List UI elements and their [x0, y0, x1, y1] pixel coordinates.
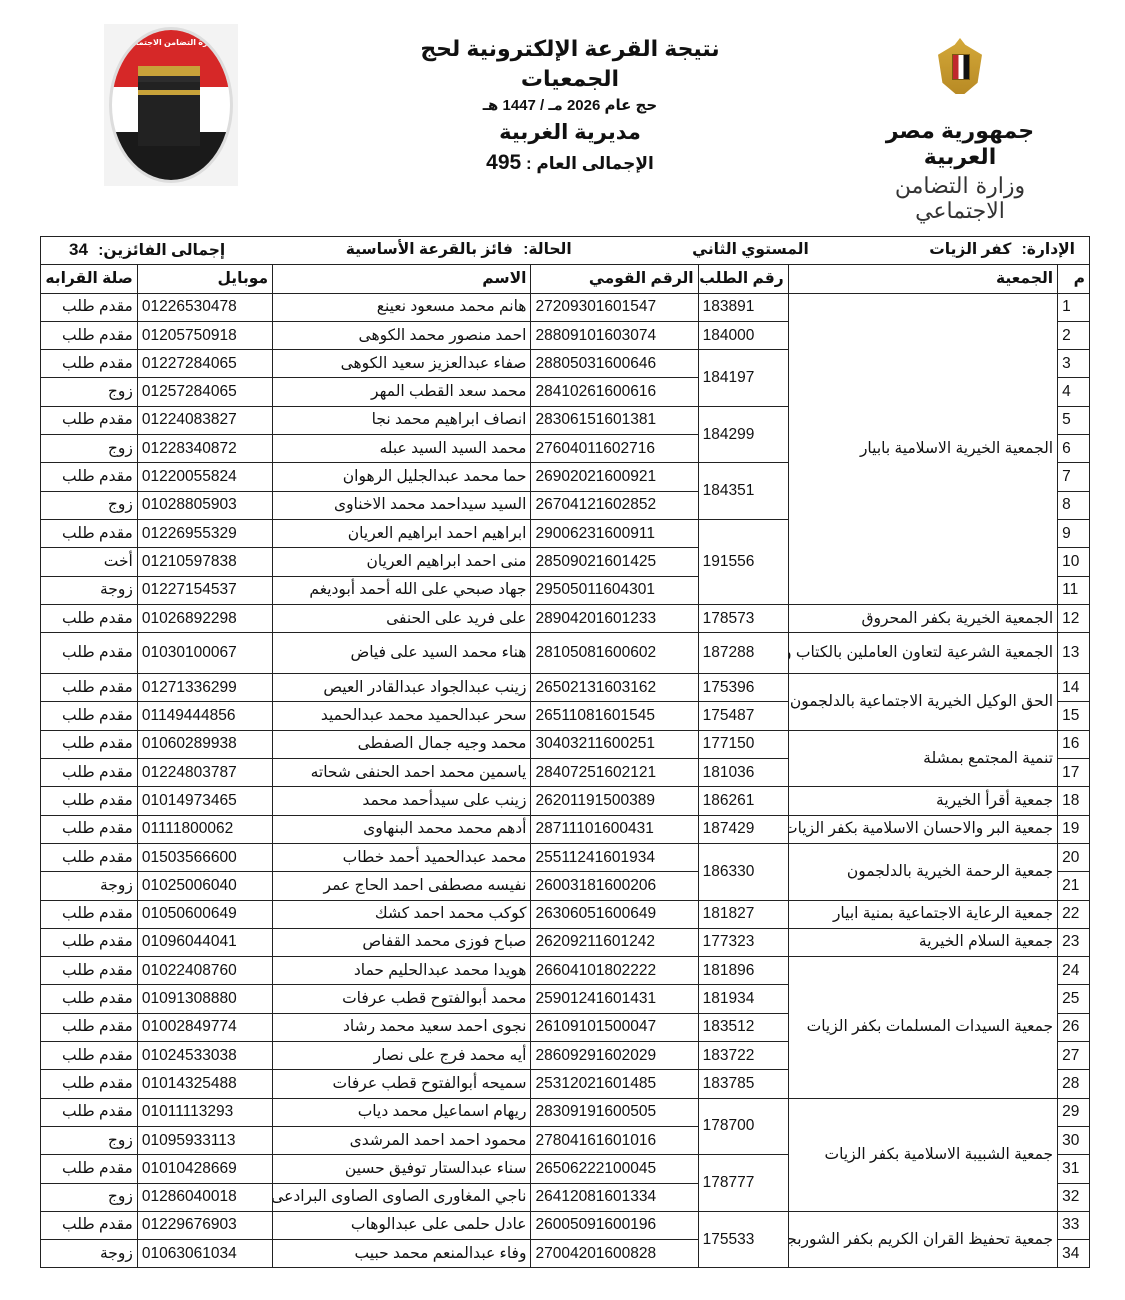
- row-index: 15: [1058, 702, 1090, 730]
- row-index: 9: [1058, 519, 1090, 547]
- national-id: 26306051600649: [531, 900, 698, 928]
- relation: زوجة: [41, 576, 138, 604]
- directorate-name: مديرية الغربية: [380, 118, 760, 148]
- row-index: 16: [1058, 730, 1090, 758]
- row-index: 10: [1058, 548, 1090, 576]
- column-header-row: م الجمعية رقم الطلب الرقم القومي الاسم م…: [41, 265, 1090, 293]
- request-number: 181827: [698, 900, 788, 928]
- republic-name: جمهورية مصر العربية: [860, 118, 1060, 170]
- request-number: 187288: [698, 633, 788, 674]
- national-id: 27804161601016: [531, 1126, 698, 1154]
- row-index: 31: [1058, 1155, 1090, 1183]
- mobile-number: 01028805903: [137, 491, 272, 519]
- association-name: الجمعية الخيرية بكفر المحروق: [788, 604, 1057, 632]
- row-index: 26: [1058, 1013, 1090, 1041]
- row-index: 33: [1058, 1211, 1090, 1239]
- row-index: 34: [1058, 1240, 1090, 1268]
- col-name: الاسم: [273, 265, 531, 293]
- request-number: 184000: [698, 321, 788, 349]
- relation: مقدم طلب: [41, 674, 138, 702]
- row-index: 18: [1058, 787, 1090, 815]
- relation: مقدم طلب: [41, 702, 138, 730]
- mobile-number: 01030100067: [137, 633, 272, 674]
- row-index: 25: [1058, 985, 1090, 1013]
- relation: مقدم طلب: [41, 1070, 138, 1098]
- mobile-number: 01210597838: [137, 548, 272, 576]
- table-row: 1الجمعية الخيرية الاسلامية بابيار1838912…: [41, 293, 1090, 321]
- mobile-number: 01226530478: [137, 293, 272, 321]
- applicant-name: زينب عبدالجواد عبدالقادر العيص: [273, 674, 531, 702]
- status-value: فائز بالقرعة الأساسية: [346, 241, 513, 258]
- col-request-no: رقم الطلب: [698, 265, 788, 293]
- request-number: 186330: [698, 843, 788, 900]
- relation: مقدم طلب: [41, 759, 138, 787]
- relation: مقدم طلب: [41, 843, 138, 871]
- national-id: 26003181600206: [531, 872, 698, 900]
- applicant-name: ناجي المغاورى الصاوى الصاوى البرادعى: [273, 1183, 531, 1211]
- applicant-name: وفاء عبدالمنعم محمد حبيب: [273, 1240, 531, 1268]
- row-index: 21: [1058, 872, 1090, 900]
- mobile-number: 01026892298: [137, 604, 272, 632]
- mobile-number: 01010428669: [137, 1155, 272, 1183]
- relation: مقدم طلب: [41, 321, 138, 349]
- applicant-name: جهاد صبحي على الله أحمد أبوديغم: [273, 576, 531, 604]
- eagle-of-saladin-icon: [930, 28, 990, 106]
- request-number: 181896: [698, 957, 788, 985]
- request-number: 184299: [698, 406, 788, 463]
- national-id: 26109101500047: [531, 1013, 698, 1041]
- request-number: 183512: [698, 1013, 788, 1041]
- table-row: 16تنمية المجتمع بمشلة1771503040321160025…: [41, 730, 1090, 758]
- table-row: 24جمعية السيدات المسلمات بكفر الزيات1818…: [41, 957, 1090, 985]
- relation: أخت: [41, 548, 138, 576]
- relation: زوج: [41, 491, 138, 519]
- applicant-name: ريهام اسماعيل محمد دياب: [273, 1098, 531, 1126]
- national-id: 26502131603162: [531, 674, 698, 702]
- national-id: 28309191600505: [531, 1098, 698, 1126]
- administration-value: كفر الزيات: [929, 241, 1011, 258]
- season-year: حج عام 2026 مـ / 1447 هـ: [380, 94, 760, 118]
- applicant-name: محمد السيد السيد عبله: [273, 435, 531, 463]
- association-name: جمعية الرحمة الخيرية بالدلجمون: [788, 843, 1057, 900]
- relation: مقدم طلب: [41, 350, 138, 378]
- request-number: 183891: [698, 293, 788, 321]
- mobile-number: 01025006040: [137, 872, 272, 900]
- national-id: 29006231600911: [531, 519, 698, 547]
- mobile-number: 01503566600: [137, 843, 272, 871]
- national-id: 26005091600196: [531, 1211, 698, 1239]
- kaaba-icon: [138, 66, 200, 146]
- row-index: 22: [1058, 900, 1090, 928]
- ministry-name: وزارة التضامن الاجتماعي: [860, 174, 1060, 224]
- row-index: 14: [1058, 674, 1090, 702]
- row-index: 20: [1058, 843, 1090, 871]
- relation: زوجة: [41, 872, 138, 900]
- table-row: 12الجمعية الخيرية بكفر المحروق1785732890…: [41, 604, 1090, 632]
- request-number: 186261: [698, 787, 788, 815]
- table-row: 22جمعية الرعاية الاجتماعية بمنية ابيار18…: [41, 900, 1090, 928]
- flag-shield-icon: [952, 54, 970, 80]
- national-id: 28407251602121: [531, 759, 698, 787]
- title-block: نتيجة القرعة الإلكترونية لحج الجمعيات حج…: [380, 34, 760, 179]
- association-name: الحق الوكيل الخيرية الاجتماعية بالدلجمون: [788, 674, 1057, 731]
- applicant-name: محمود احمد احمد المرشدى: [273, 1126, 531, 1154]
- applicant-name: محمد عبدالحميد أحمد خطاب: [273, 843, 531, 871]
- mobile-number: 01060289938: [137, 730, 272, 758]
- row-index: 2: [1058, 321, 1090, 349]
- level: المستوي الثاني: [692, 241, 809, 260]
- mobile-number: 01014325488: [137, 1070, 272, 1098]
- col-index: م: [1058, 265, 1090, 293]
- grand-total: الإجمالى العام : 495: [380, 148, 760, 179]
- relation: مقدم طلب: [41, 815, 138, 843]
- mobile-number: 01286040018: [137, 1183, 272, 1211]
- row-index: 29: [1058, 1098, 1090, 1126]
- applicant-name: انصاف ابراهيم محمد نجا: [273, 406, 531, 434]
- applicant-name: على فريد على الحنفى: [273, 604, 531, 632]
- mobile-number: 01228340872: [137, 435, 272, 463]
- relation: زوج: [41, 435, 138, 463]
- status: الحالة: فائز بالقرعة الأساسية: [346, 241, 572, 260]
- national-id: 28809101603074: [531, 321, 698, 349]
- request-number: 184351: [698, 463, 788, 520]
- row-index: 19: [1058, 815, 1090, 843]
- request-number: 175487: [698, 702, 788, 730]
- association-name: جمعية أقرأ الخيرية: [788, 787, 1057, 815]
- table-row: 13الجمعية الشرعية لتعاون العاملين بالكتا…: [41, 633, 1090, 674]
- national-id: 28609291602029: [531, 1042, 698, 1070]
- applicant-name: صباح فوزى محمد القفاص: [273, 928, 531, 956]
- relation: مقدم طلب: [41, 1211, 138, 1239]
- row-index: 8: [1058, 491, 1090, 519]
- mobile-number: 01227284065: [137, 350, 272, 378]
- association-name: جمعية السلام الخيرية: [788, 928, 1057, 956]
- row-index: 23: [1058, 928, 1090, 956]
- applicant-name: سميحه أبوالفتوح قطب عرفات: [273, 1070, 531, 1098]
- request-number: 178700: [698, 1098, 788, 1155]
- relation: مقدم طلب: [41, 604, 138, 632]
- relation: مقدم طلب: [41, 406, 138, 434]
- row-index: 4: [1058, 378, 1090, 406]
- row-index: 17: [1058, 759, 1090, 787]
- association-name: الجمعية الشرعية لتعاون العاملين بالكتاب …: [788, 633, 1057, 674]
- request-number: 184197: [698, 350, 788, 407]
- table-row: 23جمعية السلام الخيرية177323262092116012…: [41, 928, 1090, 956]
- mobile-number: 01224803787: [137, 759, 272, 787]
- association-name: جمعية الشبيبة الاسلامية بكفر الزيات: [788, 1098, 1057, 1211]
- applicant-name: منى احمد ابراهيم العريان: [273, 548, 531, 576]
- mobile-number: 01024533038: [137, 1042, 272, 1070]
- national-id: 26209211601242: [531, 928, 698, 956]
- relation: مقدم طلب: [41, 1013, 138, 1041]
- row-index: 13: [1058, 633, 1090, 674]
- table-row: 20جمعية الرحمة الخيرية بالدلجمون18633025…: [41, 843, 1090, 871]
- document-header: وزارة التضامن الاجتماعي نتيجة القرعة الإ…: [0, 0, 1125, 230]
- mobile-number: 01022408760: [137, 957, 272, 985]
- applicant-name: حما محمد عبدالجليل الرهوان: [273, 463, 531, 491]
- mobile-number: 01226955329: [137, 519, 272, 547]
- applicant-name: محمد سعد القطب المهر: [273, 378, 531, 406]
- national-id: 28711101600431: [531, 815, 698, 843]
- national-id: 26604101802222: [531, 957, 698, 985]
- applicant-name: هويدا محمد عبدالحليم حماد: [273, 957, 531, 985]
- applicant-name: هناء محمد السيد على فياض: [273, 633, 531, 674]
- row-index: 27: [1058, 1042, 1090, 1070]
- national-id: 30403211600251: [531, 730, 698, 758]
- applicant-name: السيد سيداحمد محمد الاخناوى: [273, 491, 531, 519]
- col-association: الجمعية: [788, 265, 1057, 293]
- applicant-name: سناء عبدالستار توفيق حسين: [273, 1155, 531, 1183]
- col-relation: صلة القرابه: [41, 265, 138, 293]
- table-row: 33جمعية تحفيظ القران الكريم بكفر الشوربج…: [41, 1211, 1090, 1239]
- grand-total-label: الإجمالى العام :: [526, 154, 654, 173]
- association-name: جمعية البر والاحسان الاسلامية بكفر الزيا…: [788, 815, 1057, 843]
- row-index: 6: [1058, 435, 1090, 463]
- national-id: 26412081601334: [531, 1183, 698, 1211]
- winners-total-value: 34: [69, 240, 88, 259]
- request-number: 177150: [698, 730, 788, 758]
- applicant-name: نفيسه مصطفى احمد الحاج عمر: [273, 872, 531, 900]
- request-number: 175396: [698, 674, 788, 702]
- mobile-number: 01095933113: [137, 1126, 272, 1154]
- applicant-name: سحر عبدالحميد محمد عبدالحميد: [273, 702, 531, 730]
- applicant-name: عادل حلمى على عبدالوهاب: [273, 1211, 531, 1239]
- applicant-name: محمد وجيه جمال الصفطى: [273, 730, 531, 758]
- applicant-name: محمد أبوالفتوح قطب عرفات: [273, 985, 531, 1013]
- national-id: 26902021600921: [531, 463, 698, 491]
- applicant-name: احمد منصور محمد الكوهى: [273, 321, 531, 349]
- applicant-name: نجوى احمد سعيد محمد رشاد: [273, 1013, 531, 1041]
- row-index: 28: [1058, 1070, 1090, 1098]
- relation: مقدم طلب: [41, 1042, 138, 1070]
- request-number: 177323: [698, 928, 788, 956]
- request-number: 175533: [698, 1211, 788, 1268]
- relation: مقدم طلب: [41, 787, 138, 815]
- relation: مقدم طلب: [41, 928, 138, 956]
- kaaba-emblem-icon: وزارة التضامن الاجتماعي: [109, 27, 233, 183]
- egypt-emblem-block: جمهورية مصر العربية وزارة التضامن الاجتم…: [860, 28, 1060, 193]
- request-number: 183722: [698, 1042, 788, 1070]
- association-name: جمعية تحفيظ القران الكريم بكفر الشوربجى: [788, 1211, 1057, 1268]
- mobile-number: 01229676903: [137, 1211, 272, 1239]
- row-index: 7: [1058, 463, 1090, 491]
- request-number: 181036: [698, 759, 788, 787]
- applicant-name: زينب على سيدأحمد محمد: [273, 787, 531, 815]
- relation: مقدم طلب: [41, 1098, 138, 1126]
- national-id: 26201191500389: [531, 787, 698, 815]
- logo-caption: وزارة التضامن الاجتماعي: [112, 38, 230, 47]
- winners-table: الإدارة: كفر الزيات المستوي الثاني الحال…: [40, 236, 1090, 1268]
- relation: مقدم طلب: [41, 900, 138, 928]
- relation: مقدم طلب: [41, 985, 138, 1013]
- table-row: 29جمعية الشبيبة الاسلامية بكفر الزيات178…: [41, 1098, 1090, 1126]
- row-index: 11: [1058, 576, 1090, 604]
- national-id: 26506222100045: [531, 1155, 698, 1183]
- national-id: 28509021601425: [531, 548, 698, 576]
- relation: زوجة: [41, 1240, 138, 1268]
- mobile-number: 01271336299: [137, 674, 272, 702]
- mobile-number: 01220055824: [137, 463, 272, 491]
- row-index: 32: [1058, 1183, 1090, 1211]
- request-number: 181934: [698, 985, 788, 1013]
- col-mobile: موبايل: [137, 265, 272, 293]
- mobile-number: 01257284065: [137, 378, 272, 406]
- document-title: نتيجة القرعة الإلكترونية لحج الجمعيات: [380, 34, 760, 94]
- request-number: 178573: [698, 604, 788, 632]
- mobile-number: 01111800062: [137, 815, 272, 843]
- association-name: الجمعية الخيرية الاسلامية بابيار: [788, 293, 1057, 604]
- national-id: 28805031600646: [531, 350, 698, 378]
- relation: مقدم طلب: [41, 957, 138, 985]
- applicant-name: ياسمين محمد احمد الحنفى شحاته: [273, 759, 531, 787]
- mobile-number: 01002849774: [137, 1013, 272, 1041]
- national-id: 25312021601485: [531, 1070, 698, 1098]
- applicant-name: كوكب محمد احمد كشك: [273, 900, 531, 928]
- applicant-name: أيه محمد فرج على نصار: [273, 1042, 531, 1070]
- national-id: 28105081600602: [531, 633, 698, 674]
- national-id: 25901241601431: [531, 985, 698, 1013]
- request-number: 178777: [698, 1155, 788, 1212]
- national-id: 29505011604301: [531, 576, 698, 604]
- row-index: 3: [1058, 350, 1090, 378]
- table-row: 14الحق الوكيل الخيرية الاجتماعية بالدلجم…: [41, 674, 1090, 702]
- applicant-name: أدهم محمد محمد البنهاوى: [273, 815, 531, 843]
- table-row: 19جمعية البر والاحسان الاسلامية بكفر الز…: [41, 815, 1090, 843]
- association-name: تنمية المجتمع بمشلة: [788, 730, 1057, 787]
- row-index: 1: [1058, 293, 1090, 321]
- request-number: 183785: [698, 1070, 788, 1098]
- mobile-number: 01050600649: [137, 900, 272, 928]
- national-id: 28306151601381: [531, 406, 698, 434]
- relation: مقدم طلب: [41, 519, 138, 547]
- relation: مقدم طلب: [41, 730, 138, 758]
- applicant-name: صفاء عبدالعزيز سعيد الكوهى: [273, 350, 531, 378]
- mobile-number: 01014973465: [137, 787, 272, 815]
- applicant-name: ابراهيم احمد ابراهيم العريان: [273, 519, 531, 547]
- grand-total-value: 495: [486, 151, 521, 174]
- mobile-number: 01011113293: [137, 1098, 272, 1126]
- relation: مقدم طلب: [41, 633, 138, 674]
- applicant-name: هانم محمد مسعود نعينع: [273, 293, 531, 321]
- mobile-number: 01091308880: [137, 985, 272, 1013]
- row-index: 12: [1058, 604, 1090, 632]
- mobile-number: 01227154537: [137, 576, 272, 604]
- association-name: جمعية الرعاية الاجتماعية بمنية ابيار: [788, 900, 1057, 928]
- national-id: 26511081601545: [531, 702, 698, 730]
- relation: زوج: [41, 1183, 138, 1211]
- national-id: 25511241601934: [531, 843, 698, 871]
- relation: زوج: [41, 378, 138, 406]
- info-row: الإدارة: كفر الزيات المستوي الثاني الحال…: [41, 237, 1090, 265]
- mobile-number: 01205750918: [137, 321, 272, 349]
- association-name: جمعية السيدات المسلمات بكفر الزيات: [788, 957, 1057, 1098]
- national-id: 28410261600616: [531, 378, 698, 406]
- mobile-number: 01096044041: [137, 928, 272, 956]
- hajj-ministry-logo: وزارة التضامن الاجتماعي: [104, 24, 238, 186]
- row-index: 24: [1058, 957, 1090, 985]
- national-id: 27004201600828: [531, 1240, 698, 1268]
- mobile-number: 01149444856: [137, 702, 272, 730]
- request-number: 191556: [698, 519, 788, 604]
- administration: الإدارة: كفر الزيات: [929, 241, 1075, 260]
- mobile-number: 01224083827: [137, 406, 272, 434]
- relation: مقدم طلب: [41, 293, 138, 321]
- row-index: 5: [1058, 406, 1090, 434]
- table-row: 18جمعية أقرأ الخيرية18626126201191500389…: [41, 787, 1090, 815]
- mobile-number: 01063061034: [137, 1240, 272, 1268]
- relation: مقدم طلب: [41, 1155, 138, 1183]
- request-number: 187429: [698, 815, 788, 843]
- winners-total: إجمالى الفائزين: 34: [69, 241, 225, 260]
- national-id: 26704121602852: [531, 491, 698, 519]
- row-index: 30: [1058, 1126, 1090, 1154]
- relation: زوج: [41, 1126, 138, 1154]
- relation: مقدم طلب: [41, 463, 138, 491]
- national-id: 27209301601547: [531, 293, 698, 321]
- col-national-id: الرقم القومي: [531, 265, 698, 293]
- national-id: 27604011602716: [531, 435, 698, 463]
- national-id: 28904201601233: [531, 604, 698, 632]
